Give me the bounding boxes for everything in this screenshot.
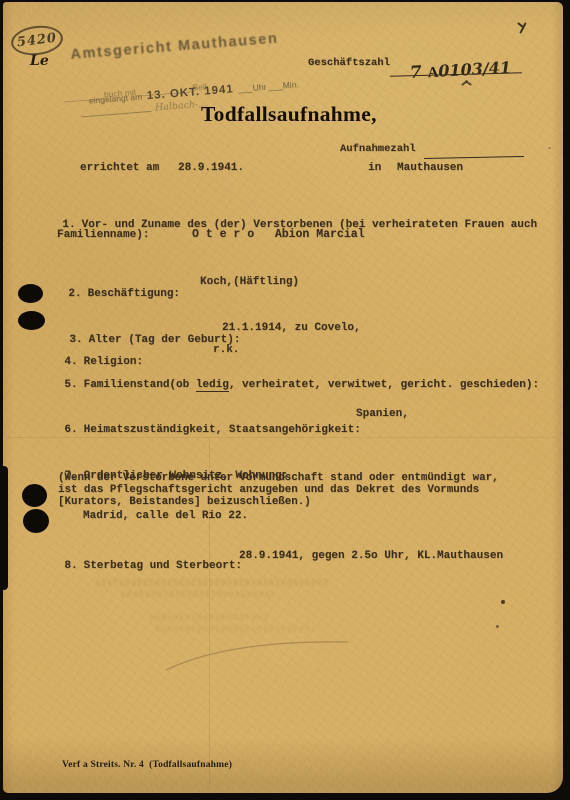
geschaeftszahl-label: Geschäftszahl	[308, 57, 390, 69]
item1-label2: Familienname):	[57, 229, 149, 241]
pen-caret-mark	[461, 79, 471, 87]
fold-crease	[6, 437, 556, 438]
item5-number: 5.	[64, 379, 77, 391]
place-value: Mauthausen	[397, 162, 463, 174]
ink-speck	[496, 625, 499, 628]
item6-number: 6.	[64, 424, 77, 436]
ink-speck	[501, 600, 505, 604]
item7-note3: [Kurators, Beistandes] beizuschließen.)	[58, 496, 311, 508]
bleedthrough-text	[122, 591, 274, 597]
archive-number: 5420	[16, 31, 58, 51]
bleedthrough-text	[96, 579, 328, 586]
item7-note2: ist das Pflegschaftsgericht anzugeben un…	[58, 484, 479, 496]
item8-number: 8.	[64, 560, 77, 572]
scan-edge-shadow	[0, 466, 8, 590]
gz-part3: 0103/41	[438, 58, 512, 81]
item1-value: O t e r o Abion Marcial	[192, 229, 365, 241]
item6-value: Spanien,	[356, 408, 409, 420]
form-imprint: Verf a Streits. Nr. 4 (Todfallsaufnahme)	[62, 760, 232, 770]
item2-label: Beschäftigung:	[88, 288, 180, 300]
pen-tick-mark	[516, 21, 530, 35]
aufnahmezahl-label: Aufnahmezahl	[340, 143, 416, 155]
punch-hole	[23, 509, 49, 533]
fold-crease	[209, 440, 210, 790]
item2-number: 2.	[68, 288, 81, 300]
item8-value: 28.9.1941, gegen 2.5o Uhr, KL.Mauthausen	[239, 550, 503, 562]
item8-label: Sterbetag und Sterbeort:	[84, 560, 242, 572]
item7-note1: (Wenn der Verstorbene unter Vormundschaf…	[58, 472, 499, 484]
errichtet-label: errichtet am	[80, 162, 159, 174]
pen-stroke	[465, 80, 472, 85]
item5-label-pre: Familienstand(ob	[84, 379, 196, 391]
item2-line: 2.Beschäftigung:	[42, 276, 180, 312]
item6-label: Heimatszuständigkeit, Staatsangehörigkei…	[84, 424, 361, 436]
scanned-document-page: 5420 Le Amtsgericht Mauthausen eingelang…	[0, 0, 570, 800]
item3-value: 21.1.1914, zu Covelo,	[222, 322, 361, 334]
pencil-stroke	[158, 628, 358, 678]
ink-speck	[548, 147, 551, 149]
item2-value: Koch,(Häftling)	[200, 276, 299, 288]
page-title: Todfallsaufnahme,	[201, 102, 377, 127]
gz-part1: 7	[409, 62, 428, 83]
pen-stroke	[517, 22, 524, 28]
geschaeftszahl-handwritten: 7 A0103/41	[391, 40, 513, 102]
item4-value: r.k.	[213, 344, 239, 356]
errichtet-date: 28.9.1941.	[178, 162, 244, 174]
punch-hole	[18, 284, 43, 303]
item5-label-post: , verheiratet, verwitwet, gericht. gesch…	[229, 379, 539, 391]
item7-value: Madrid, calle del Rio 22.	[83, 510, 248, 522]
stamp-received-suffix: ___Uhr ___Min.	[233, 79, 299, 94]
handwritten-note: Le	[30, 53, 49, 69]
item6-line: 6.Heimatszuständigkeit, Staatsangehörigk…	[38, 412, 361, 448]
item5-line: 5.Familienstand(ob ledig, verheiratet, v…	[38, 367, 539, 403]
punch-hole	[18, 311, 45, 330]
item5-underlined-option: ledig	[196, 379, 229, 392]
in-label: in	[368, 162, 381, 174]
